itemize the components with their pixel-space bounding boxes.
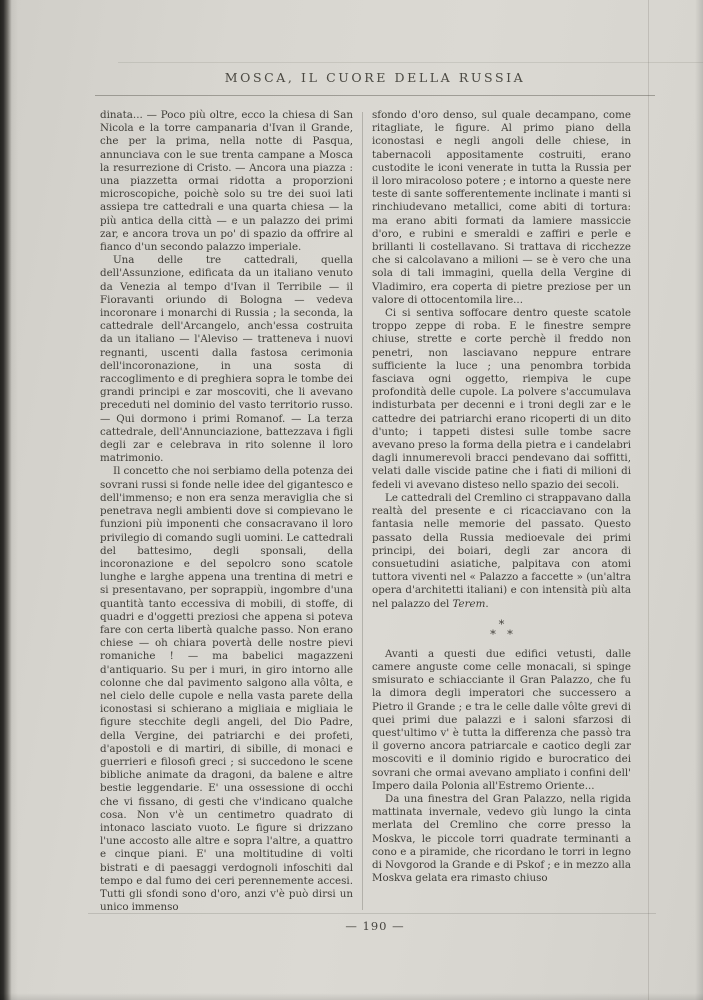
- scan-right-edge: [695, 0, 703, 1000]
- left-column: dinata... — Poco più oltre, ecco la chie…: [100, 109, 353, 917]
- scan-gutter-edge: [0, 0, 18, 1000]
- running-header: MOSCA, IL CUORE DELLA RUSSIA: [95, 70, 655, 85]
- paragraph: Una delle tre cattedrali, quella dell'As…: [100, 254, 353, 465]
- paragraph: Da una finestra del Gran Palazzo, nella …: [372, 793, 631, 885]
- book-page-scan: MOSCA, IL CUORE DELLA RUSSIA dinata... —…: [0, 0, 703, 1000]
- paragraph: dinata... — Poco più oltre, ecco la chie…: [100, 109, 353, 254]
- column-divider: [362, 112, 363, 910]
- right-column: sfondo d'oro denso, sul quale decampano,…: [372, 109, 631, 917]
- paragraph: sfondo d'oro denso, sul quale decampano,…: [372, 109, 631, 307]
- paragraph: Il concetto che noi serbiamo della poten…: [100, 465, 353, 914]
- paragraph: Avanti a questi due edifici vetusti, dal…: [372, 648, 631, 793]
- scan-bottom-edge: [0, 993, 703, 1000]
- footer-rule: [88, 913, 656, 914]
- scan-artifact-vertical-line: [648, 0, 649, 1000]
- page-number: — 190 —: [95, 919, 655, 933]
- header-rule: [95, 95, 655, 96]
- paragraph: Ci si sentiva soffocare dentro queste sc…: [372, 307, 631, 492]
- paragraph: Le cattedrali del Cremlino ci strappavan…: [372, 492, 631, 611]
- scan-artifact-horizontal-line: [118, 62, 703, 63]
- asterism-divider: ** *: [372, 619, 631, 640]
